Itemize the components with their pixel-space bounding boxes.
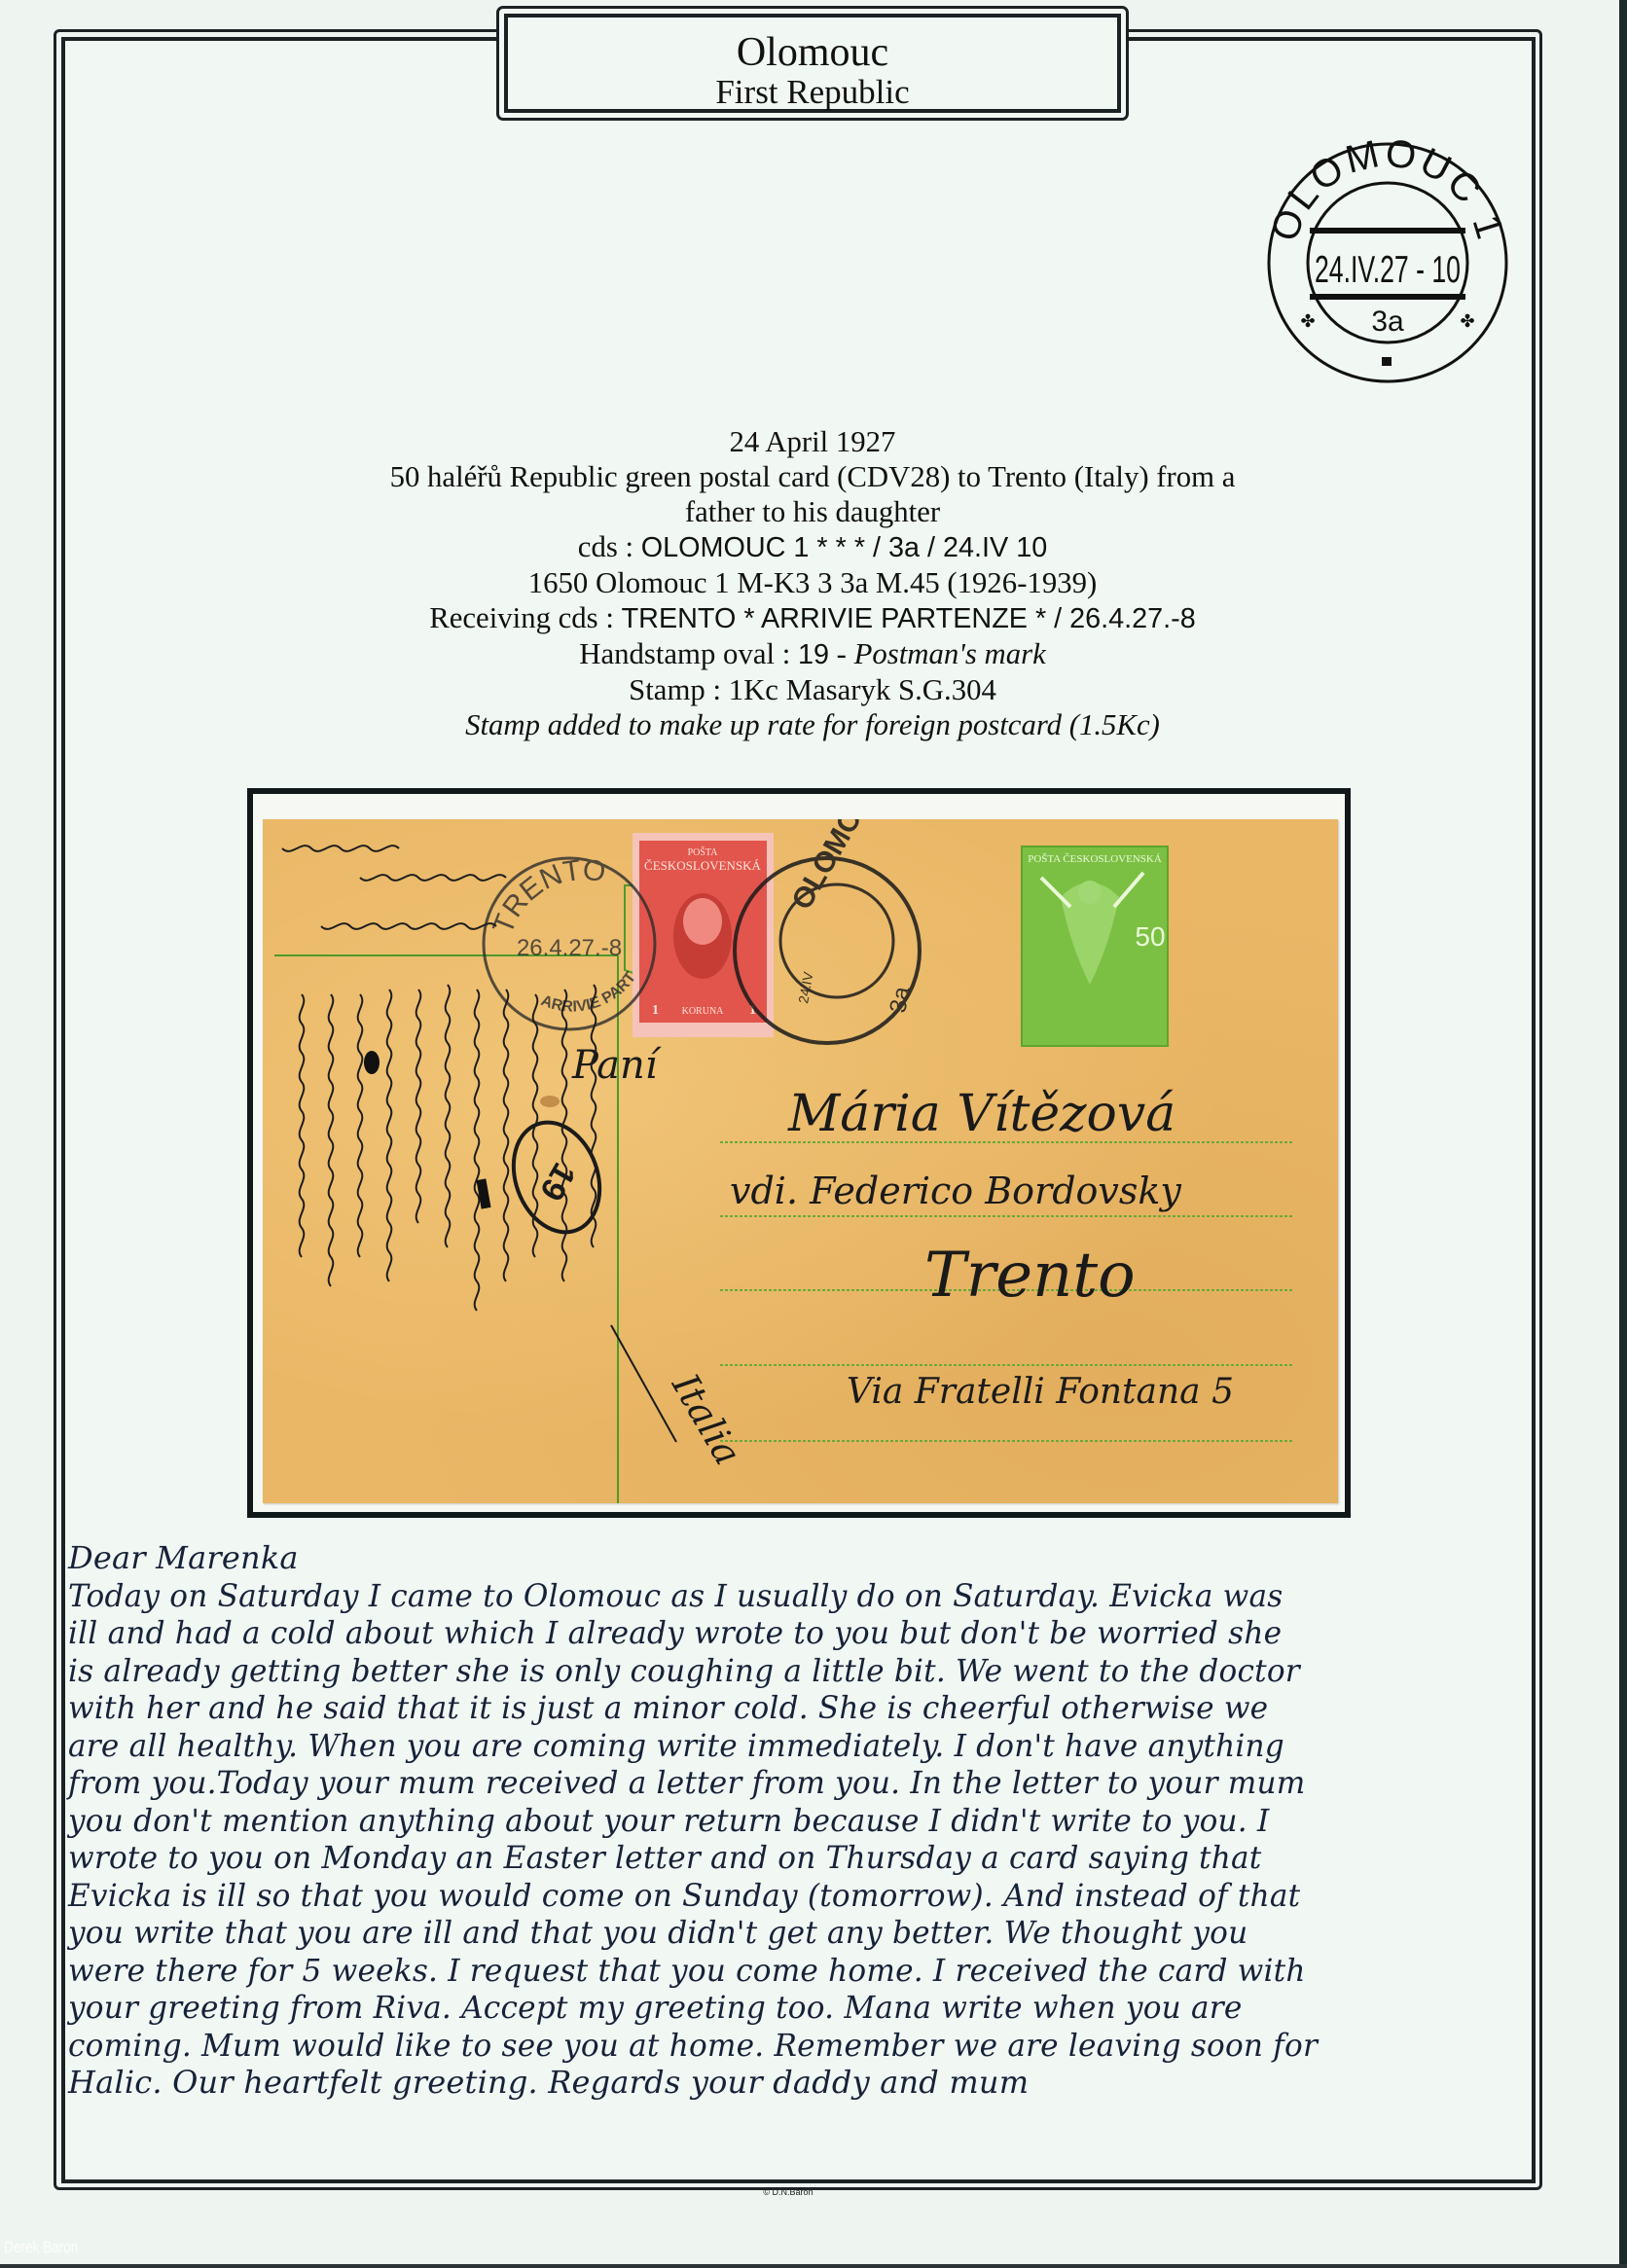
letter-line: were there for 5 weeks. I request that y… <box>68 1952 1489 1990</box>
handstamp-value: 19 <box>798 639 829 670</box>
description-handstamp: Handstamp oval : 19 - Postman's mark <box>180 636 1445 672</box>
svg-text:19: 19 <box>532 1157 583 1207</box>
letter-translation: Dear Marenka Today on Saturday I came to… <box>68 1539 1528 2102</box>
address-country: Italia <box>664 1366 750 1472</box>
olomouc-postmark-icon: OLOMOUC 1 24.IV.27 - 10 3a ✤ ✤ <box>1261 136 1514 389</box>
svg-text:50: 50 <box>1135 921 1165 952</box>
description-receiving: Receiving cds : TRENTO * ARRIVIE PARTENZ… <box>180 600 1445 636</box>
letter-line: Evicka is ill so that you would come on … <box>68 1877 1489 1915</box>
letter-line: are all healthy. When you are coming wri… <box>68 1727 1489 1765</box>
letter-line: you don't mention anything about your re… <box>68 1802 1489 1840</box>
postmark-date: 24.IV.27 - 10 <box>1315 249 1461 291</box>
svg-text:POŠTA: POŠTA <box>688 846 719 858</box>
address-city: Trento <box>924 1240 1136 1312</box>
postcard-illustration: POŠTA ČESKOSLOVENSKÁ 50 POŠTA ČESKOSLOVE… <box>263 819 1338 1503</box>
receiving-value: TRENTO * ARRIVIE PARTENZE * / 26.4.27.-8 <box>622 603 1196 634</box>
address-name: Mária Vítězová <box>787 1085 1175 1143</box>
description-note: Stamp added to make up rate for foreign … <box>180 707 1445 742</box>
svg-text:ARRIVIE PARTENZE: ARRIVIE PARTENZE <box>263 819 639 1016</box>
letter-line: is already getting better she is only co… <box>68 1652 1489 1690</box>
address-salutation: Paní <box>571 1043 663 1088</box>
imprinted-stamp: POŠTA ČESKOSLOVENSKÁ 50 <box>1022 846 1168 1046</box>
letter-line: your greeting from Riva. Accept my greet… <box>68 1989 1489 2027</box>
svg-text:OLOMOUC 1: OLOMOUC 1 <box>785 819 901 916</box>
postmark-code: 3a <box>1371 306 1404 338</box>
cds-value: OLOMOUC 1 * * * / 3a / 24.IV 10 <box>641 532 1047 563</box>
scan-edge <box>1619 0 1627 2268</box>
cover-description: 24 April 1927 50 haléřů Republic green p… <box>175 424 1450 742</box>
svg-text:✤: ✤ <box>1300 311 1315 331</box>
page-title: Olomouc <box>508 31 1117 74</box>
letter-line: Today on Saturday I came to Olomouc as I… <box>68 1577 1489 1615</box>
svg-text:1: 1 <box>652 1003 659 1018</box>
address-street: Via Fratelli Fontana 5 <box>847 1372 1234 1412</box>
letter-line: with her and he said that it is just a m… <box>68 1689 1489 1727</box>
oval-handstamp: 19 <box>499 1110 615 1244</box>
letter-line: coming. Mum would like to see you at hom… <box>68 2027 1489 2065</box>
svg-text:KORUNA: KORUNA <box>682 1006 725 1017</box>
card-message-handwriting <box>282 846 596 1311</box>
letter-line: from you.Today your mum received a lette… <box>68 1764 1489 1802</box>
svg-text:✤: ✤ <box>1460 311 1474 331</box>
svg-text:POŠTA ČESKOSLOVENSKÁ: POŠTA ČESKOSLOVENSKÁ <box>1028 853 1162 865</box>
copyright: © D.N.Baron <box>740 2187 837 2197</box>
svg-text:26.4.27.-8: 26.4.27.-8 <box>517 935 622 961</box>
letter-line: you write that you are ill and that you … <box>68 1914 1489 1952</box>
letter-line: Halic. Our heartfelt greeting. Regards y… <box>68 2064 1528 2102</box>
description-line1: 50 haléřů Republic green postal card (CD… <box>180 459 1445 494</box>
handstamp-note: - Postman's mark <box>829 636 1046 670</box>
svg-text:ČESKOSLOVENSKÁ: ČESKOSLOVENSKÁ <box>644 858 762 873</box>
letter-line: ill and had a cold about which I already… <box>68 1614 1489 1652</box>
description-date: 24 April 1927 <box>180 424 1445 459</box>
description-stamp: Stamp : 1Kc Masaryk S.G.304 <box>180 672 1445 707</box>
description-catalogue: 1650 Olomouc 1 M-K3 3 3a M.45 (1926-1939… <box>180 565 1445 600</box>
watermark: Derek Baron <box>4 2238 78 2257</box>
page-subtitle: First Republic <box>508 74 1117 111</box>
address-care-of: vdi. Federico Bordovsky <box>730 1170 1181 1212</box>
letter-line: Dear Marenka <box>68 1539 1528 1577</box>
letter-line: wrote to you on Monday an Easter letter … <box>68 1839 1489 1877</box>
svg-text:24.IV: 24.IV <box>795 970 816 1005</box>
svg-text:TRENTO: TRENTO <box>487 854 607 939</box>
svg-text:3a: 3a <box>885 984 915 1015</box>
scan-edge-bottom <box>0 2264 1627 2268</box>
description-cds: cds : OLOMOUC 1 * * * / 3a / 24.IV 10 <box>180 529 1445 565</box>
description-line2: father to his daughter <box>180 494 1445 529</box>
title-box: Olomouc First Republic <box>496 6 1129 121</box>
postcard-image: POŠTA ČESKOSLOVENSKÁ 50 POŠTA ČESKOSLOVE… <box>263 819 1338 1503</box>
